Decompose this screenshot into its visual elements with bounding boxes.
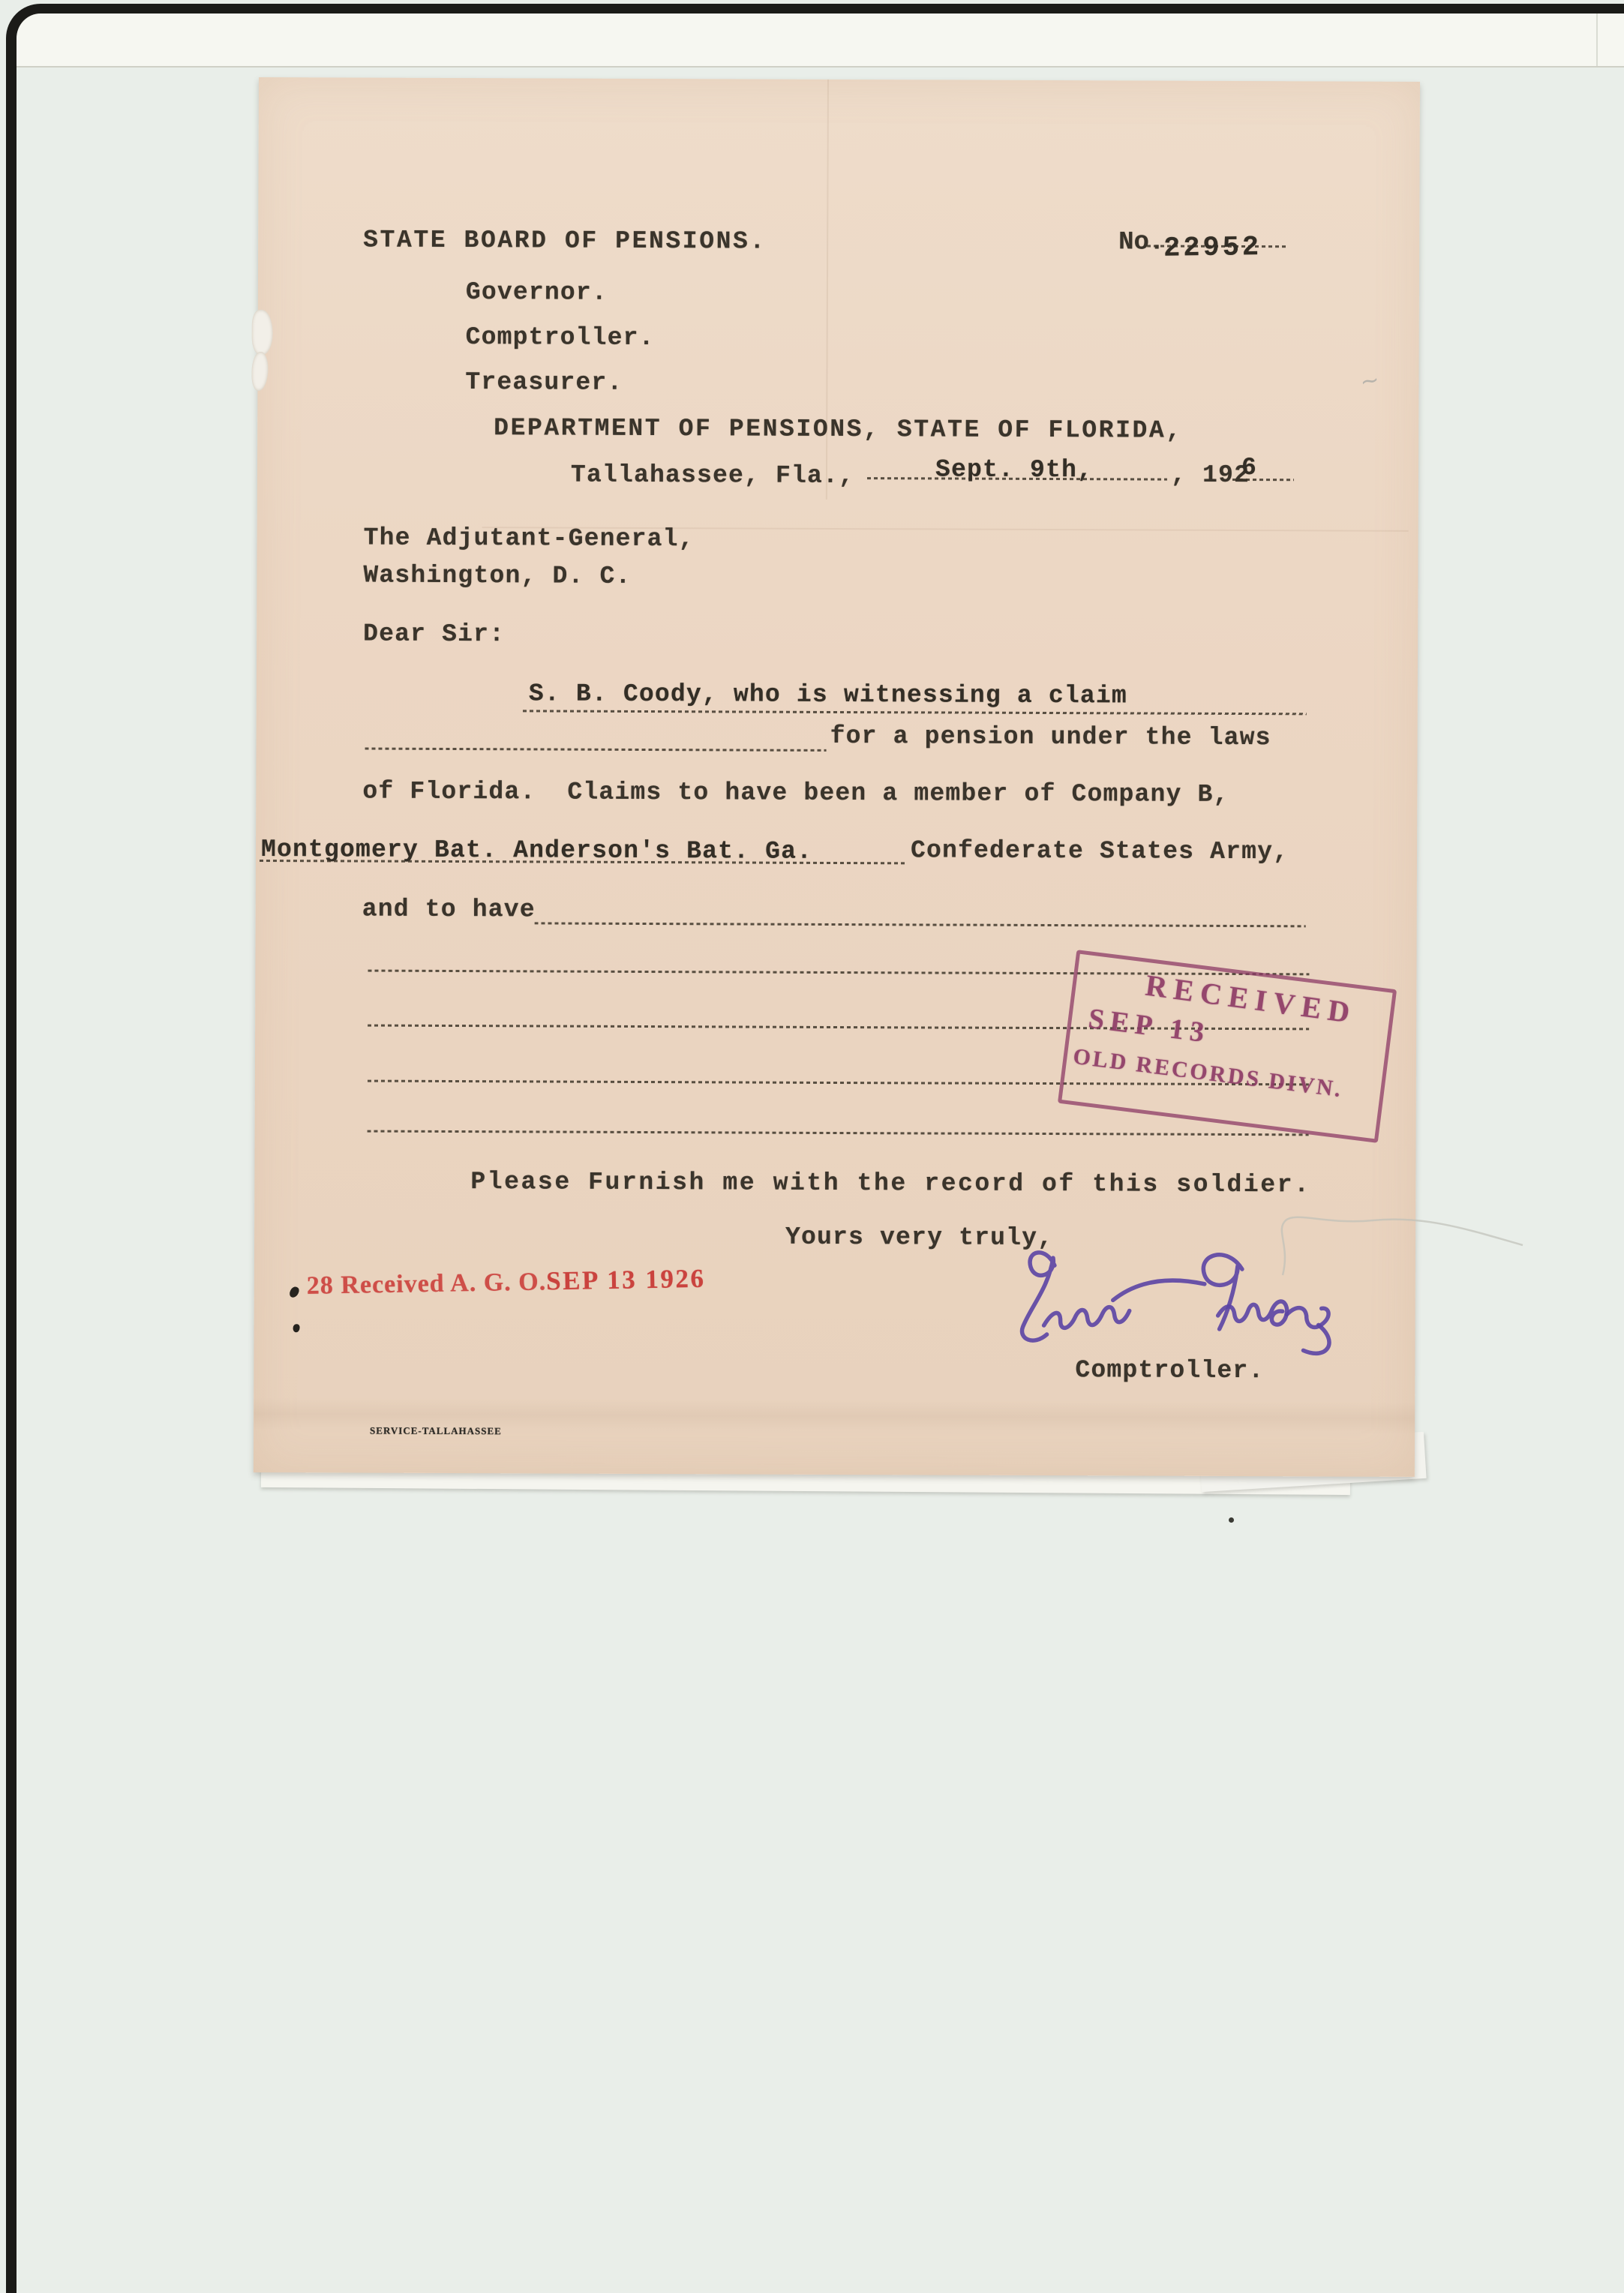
addressee-line-2: Washington, D. C. bbox=[363, 563, 631, 589]
old-records-stamp: RECEIVED SEP 13 OLD RECORDS DIVN. bbox=[1058, 950, 1397, 1143]
confederate-line: Confederate States Army, bbox=[911, 838, 1289, 864]
typed-name-line: S. B. Coody, who is witnessing a claim bbox=[529, 681, 1127, 708]
ago-stamp-date: SEP 13 1926 bbox=[546, 1264, 706, 1296]
year-rule bbox=[1232, 479, 1294, 481]
paper-chip bbox=[251, 352, 268, 391]
date-typed: Sept. 9th, bbox=[935, 457, 1093, 482]
blank-rule-4 bbox=[368, 1130, 1309, 1136]
place-label: Tallahassee, Fla., bbox=[571, 463, 854, 488]
addressee-line-1: The Adjutant-General, bbox=[364, 526, 695, 552]
ink-speck bbox=[293, 1324, 300, 1332]
pension-rule bbox=[365, 748, 827, 752]
official-governor: Governor. bbox=[466, 280, 608, 305]
request-line: Please Furnish me with the record of thi… bbox=[470, 1169, 1310, 1197]
dust-speck bbox=[1229, 1517, 1234, 1523]
ago-stamp-text: 28 Received A. G. O. bbox=[307, 1268, 547, 1299]
scanner-band-seam bbox=[1596, 14, 1598, 66]
scan-background: STATE BOARD OF PENSIONS. No. 22952 Gover… bbox=[0, 0, 1624, 2293]
pencil-tick: ∼ bbox=[1358, 367, 1382, 396]
claim-number-label: No. bbox=[1118, 230, 1164, 255]
name-rule bbox=[523, 710, 1307, 715]
and-to-have-rule bbox=[535, 922, 1306, 927]
scanner-top-band bbox=[17, 14, 1624, 68]
and-to-have-line: and to have bbox=[362, 897, 536, 923]
ink-speck bbox=[288, 1286, 300, 1299]
old-records-stamp-division: OLD RECORDS DIVN. bbox=[1072, 1044, 1344, 1103]
board-title: STATE BOARD OF PENSIONS. bbox=[363, 228, 767, 254]
received-ago-stamp: 28 Received A. G. O.SEP 13 1926 bbox=[307, 1264, 706, 1301]
florida-line: of Florida. Claims to have been a member… bbox=[362, 779, 1229, 807]
paper-chip bbox=[252, 310, 273, 355]
claim-number-value: 22952 bbox=[1163, 234, 1262, 263]
official-treasurer: Treasurer. bbox=[465, 370, 623, 395]
pension-line: for a pension under the laws bbox=[830, 724, 1271, 750]
official-comptroller: Comptroller. bbox=[466, 325, 655, 350]
old-records-stamp-date: SEP 13 bbox=[1087, 1002, 1212, 1050]
department-line: DEPARTMENT OF PENSIONS, STATE OF FLORIDA… bbox=[494, 416, 1183, 443]
printer-mark: SERVICE-TALLAHASSEE bbox=[370, 1425, 502, 1438]
salutation: Dear Sir: bbox=[363, 622, 505, 647]
pencil-scribble bbox=[1238, 1204, 1560, 1294]
year-printed: , 192 bbox=[1171, 463, 1250, 488]
year-typed: 6 bbox=[1241, 455, 1257, 480]
